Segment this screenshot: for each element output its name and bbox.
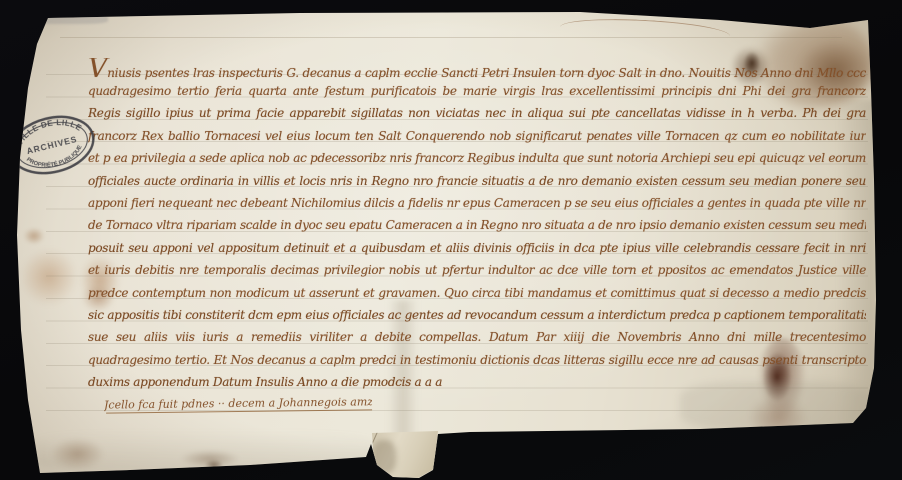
manuscript-line: apponi fieri nequeant nec debeant Nichil… <box>88 192 866 214</box>
bottom-edge-gray <box>35 432 375 474</box>
stamp-text-middle: ARCHIVES <box>26 134 79 156</box>
manuscript-line: quadragesimo tertio feria quarta ante fe… <box>88 80 866 102</box>
manuscript-line: Regis sigillo ipius ut prima facie appar… <box>88 102 866 124</box>
manuscript-line: de Tornaco vltra ripariam scalde in dyoc… <box>88 214 866 236</box>
manuscript-line: francorz Rex ballio Tornacesi vel eius l… <box>88 125 866 147</box>
manuscript-line: officiales aucte ordinaria in villis et … <box>88 170 866 192</box>
manuscript-line: posuit seu apponi vel appositum detinuit… <box>88 237 866 259</box>
photo-background: Vniusis psentes lras inspecturis G. deca… <box>0 0 902 480</box>
pencil-smudge-top-left <box>30 14 108 24</box>
bottom-right-gray <box>680 382 870 430</box>
manuscript-line: quadragesimo tertio. Et Nos decanus a ca… <box>88 349 866 371</box>
stain-left-small <box>24 228 44 244</box>
manuscript-line: et p ea privilegia a sede aplica nob ac … <box>88 147 866 169</box>
manuscript-line: sic appositis tibi constiterit dcm epm e… <box>88 304 866 326</box>
stain-left-large <box>20 248 78 306</box>
manuscript-line: duxims apponendum Datum Insulis Anno a d… <box>88 371 558 393</box>
manuscript-line: Vniusis psentes lras inspecturis G. deca… <box>88 58 866 80</box>
manuscript-line: predce contemptum non modicum ut asserun… <box>88 282 866 304</box>
manuscript-line: et iuris debitis nre temporalis decimas … <box>88 259 866 281</box>
parchment-document: Vniusis psentes lras inspecturis G. deca… <box>0 0 902 480</box>
manuscript-line: sue seu aliis viis iuris a remediis viri… <box>88 326 866 348</box>
docket-signature-line: Jcello fca fuit pdnes ·· decem a Johanne… <box>104 392 372 415</box>
